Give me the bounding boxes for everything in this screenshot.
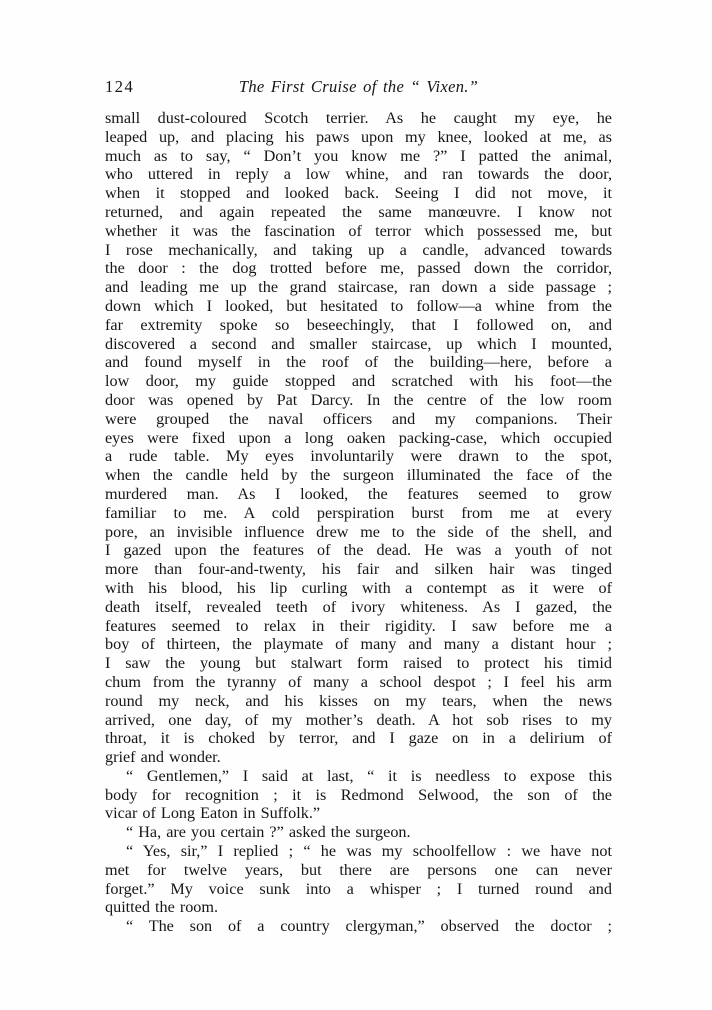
text-line: I gazed upon the features of the dead. H…	[105, 541, 612, 560]
text-line: I rose mechanically, and taking up a can…	[105, 241, 612, 260]
text-line: whether it was the fascination of terror…	[105, 222, 612, 241]
text-line: forget.” My voice sunk into a whisper ; …	[105, 880, 612, 899]
text-line: vicar of Long Eaton in Suffolk.”	[105, 804, 612, 823]
text-line: when it stopped and looked back. Seeing …	[105, 184, 612, 203]
text-line: familiar to me. A cold perspiration burs…	[105, 504, 612, 523]
text-line: with his blood, his lip curling with a c…	[105, 579, 612, 598]
text-line: body for recognition ; it is Redmond Sel…	[105, 786, 612, 805]
text-line: murdered man. As I looked, the features …	[105, 485, 612, 504]
text-line: much as to say, “ Don’t you know me ?” I…	[105, 147, 612, 166]
text-line: and found myself in the roof of the buil…	[105, 353, 612, 372]
text-line: a rude table. My eyes involuntarily were…	[105, 447, 612, 466]
text-line: returned, and again repeated the same ma…	[105, 203, 612, 222]
page-body: small dust-coloured Scotch terrier. As h…	[105, 109, 612, 936]
text-line: I saw the young but stalwart form raised…	[105, 654, 612, 673]
book-page: 124 The First Cruise of the “ Vixen.” sm…	[0, 0, 712, 1010]
text-line: small dust-coloured Scotch terrier. As h…	[105, 109, 612, 128]
text-line: low door, my guide stopped and scratched…	[105, 372, 612, 391]
text-line: “ Ha, are you certain ?” asked the surge…	[105, 823, 612, 842]
text-line: “ Gentlemen,” I said at last, “ it is ne…	[105, 767, 612, 786]
text-line: throat, it is choked by terror, and I ga…	[105, 729, 612, 748]
text-line: round my neck, and his kisses on my tear…	[105, 692, 612, 711]
text-line: down which I looked, but hesitated to fo…	[105, 297, 612, 316]
text-line: met for twelve years, but there are pers…	[105, 861, 612, 880]
text-line: quitted the room.	[105, 898, 612, 917]
text-line: door was opened by Pat Darcy. In the cen…	[105, 391, 612, 410]
text-line: grief and wonder.	[105, 748, 612, 767]
text-line: “ The son of a country clergyman,” obser…	[105, 917, 612, 936]
text-line: leaped up, and placing his paws upon my …	[105, 128, 612, 147]
text-line: “ Yes, sir,” I replied ; “ he was my sch…	[105, 842, 612, 861]
text-line: pore, an invisible influence drew me to …	[105, 523, 612, 542]
page-header: 124 The First Cruise of the “ Vixen.”	[105, 77, 612, 99]
text-line: chum from the tyranny of many a school d…	[105, 673, 612, 692]
text-line: who uttered in reply a low whine, and ra…	[105, 165, 612, 184]
text-line: death itself, revealed teeth of ivory wh…	[105, 598, 612, 617]
text-line: when the candle held by the surgeon illu…	[105, 466, 612, 485]
running-title: The First Cruise of the “ Vixen.”	[105, 77, 612, 97]
text-line: and leading me up the grand staircase, r…	[105, 278, 612, 297]
text-line: the door : the dog trotted before me, pa…	[105, 259, 612, 278]
text-line: discovered a second and smaller staircas…	[105, 335, 612, 354]
text-line: eyes were fixed upon a long oaken packin…	[105, 429, 612, 448]
text-line: more than four-and-twenty, his fair and …	[105, 560, 612, 579]
text-line: features seemed to relax in their rigidi…	[105, 617, 612, 636]
text-line: were grouped the naval officers and my c…	[105, 410, 612, 429]
text-line: arrived, one day, of my mother’s death. …	[105, 711, 612, 730]
text-line: far extremity spoke so beseechingly, tha…	[105, 316, 612, 335]
text-line: boy of thirteen, the playmate of many an…	[105, 635, 612, 654]
